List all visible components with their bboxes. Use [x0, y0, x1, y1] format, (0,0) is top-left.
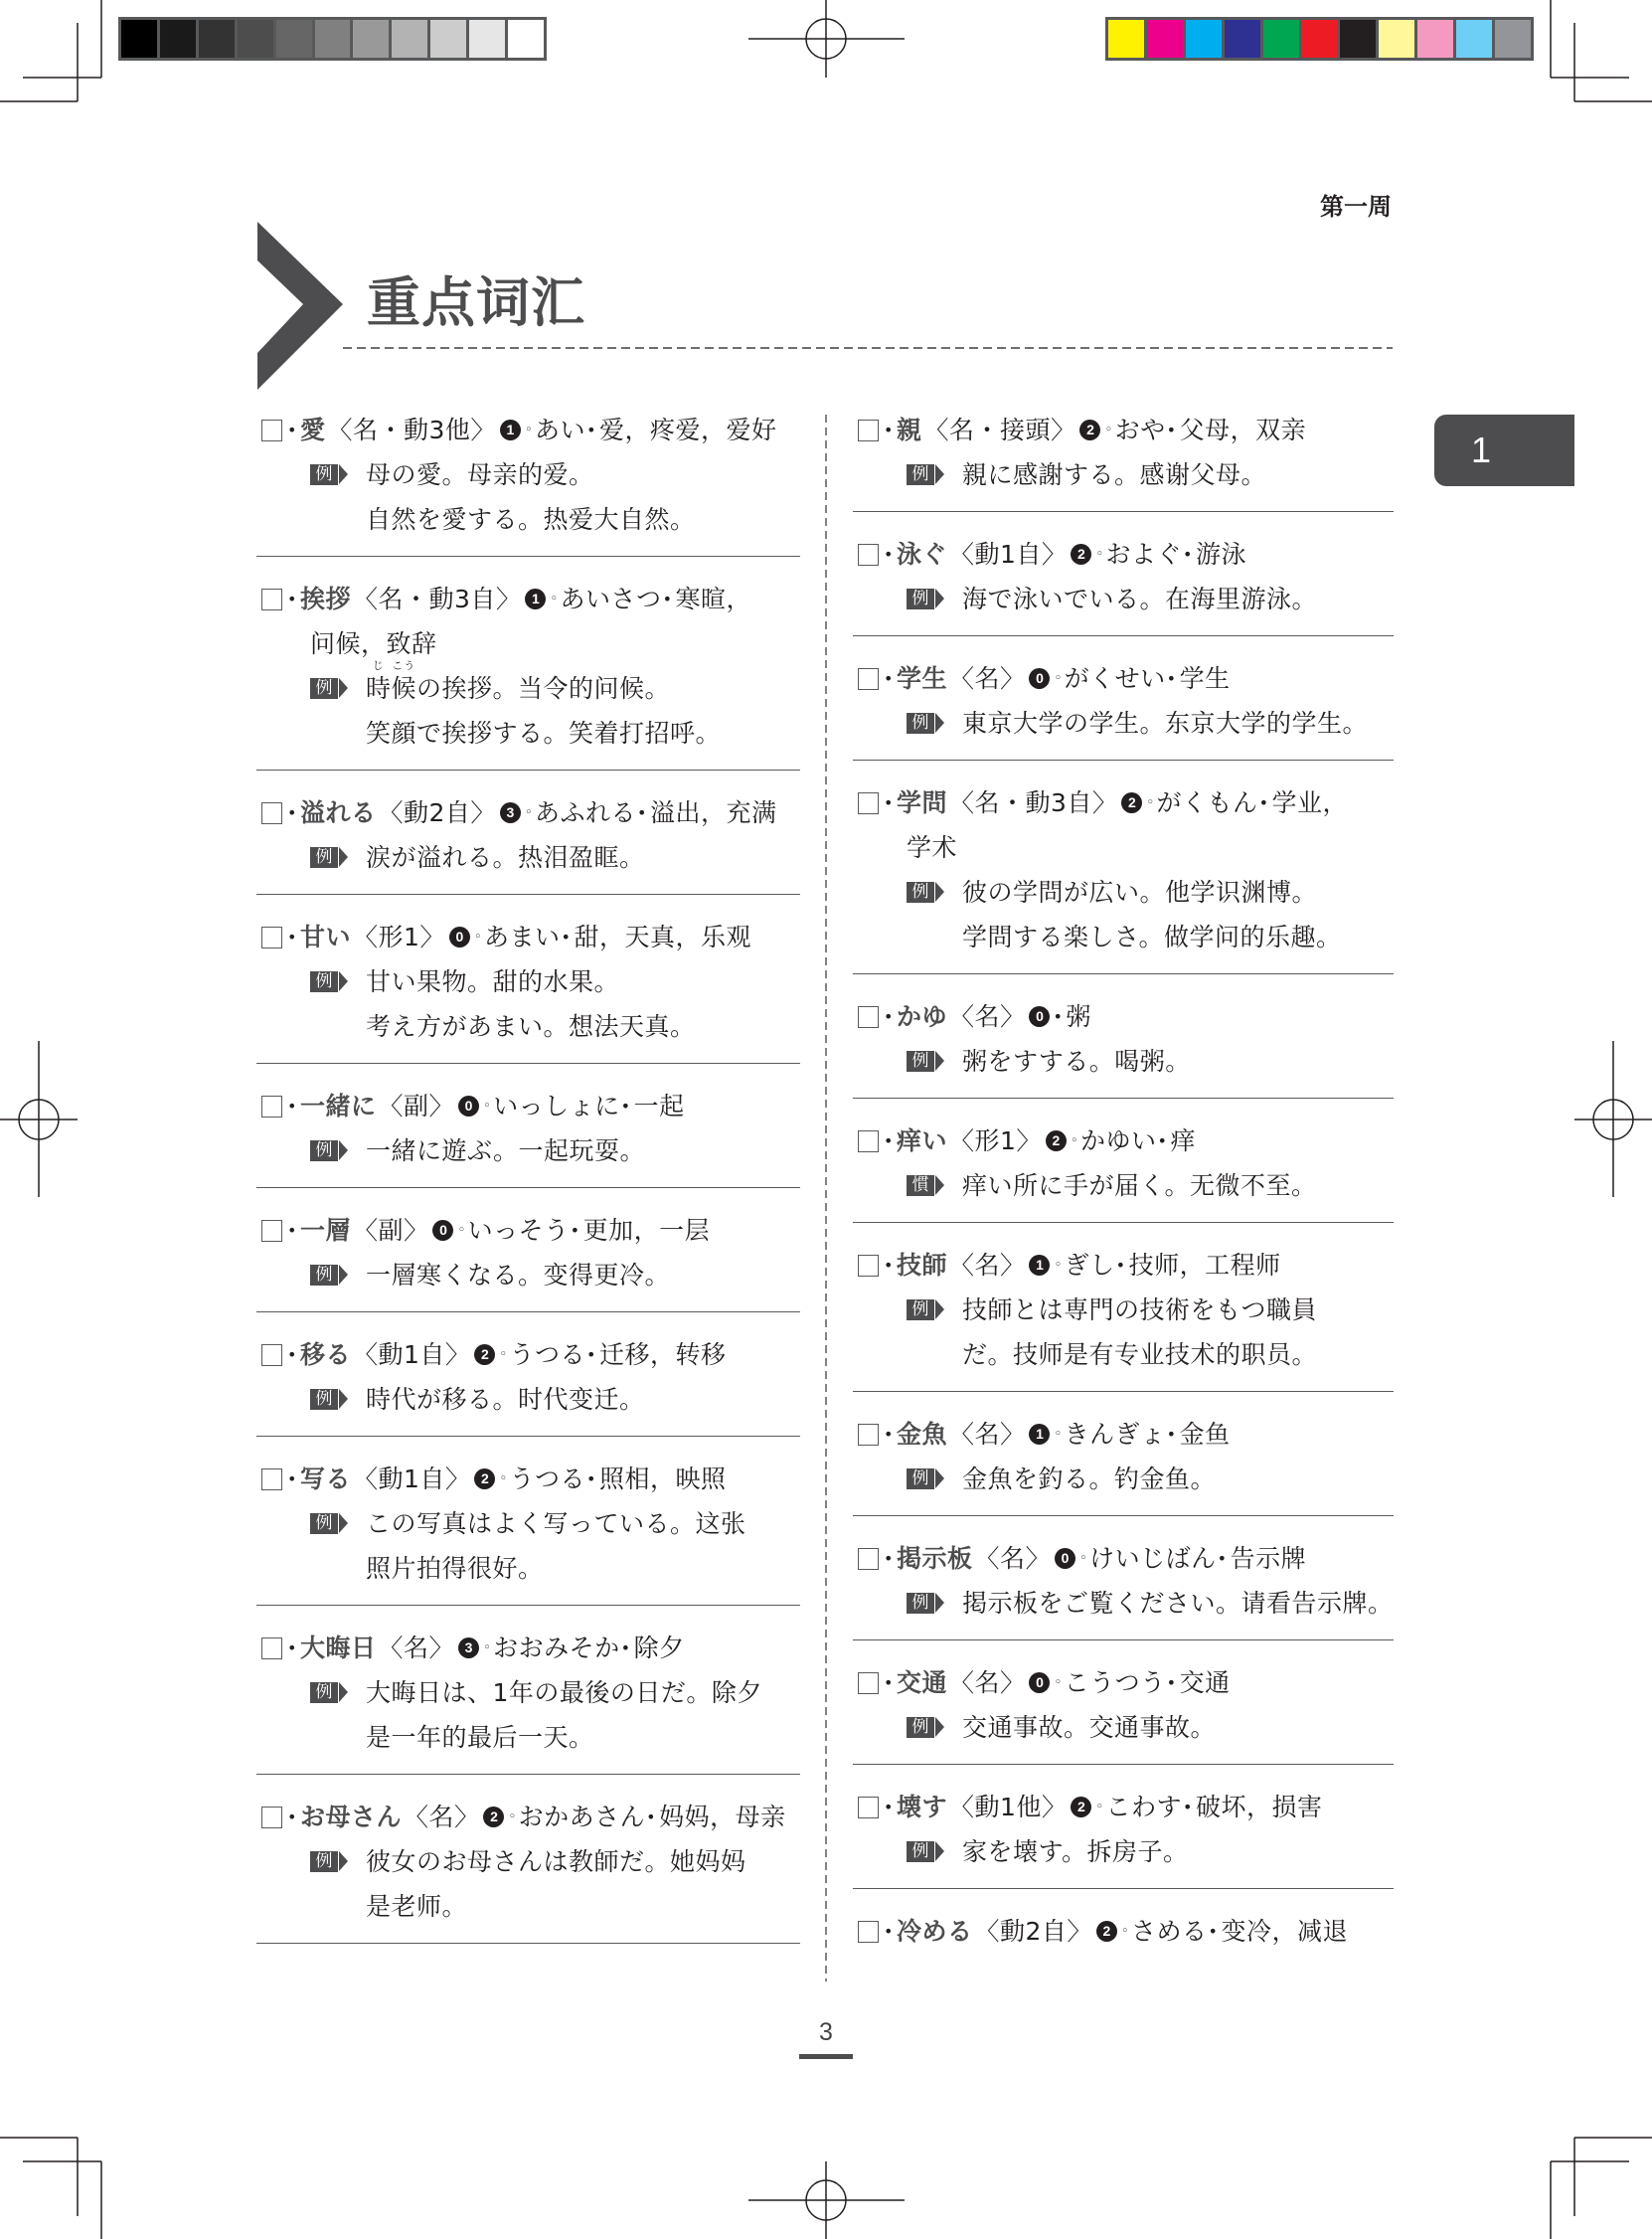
color-swatch [469, 20, 505, 58]
ruby-annotated-text: こう候 [392, 676, 417, 701]
color-swatch [508, 20, 544, 58]
example-text: 時代が移る。时代变迁。 [366, 1385, 645, 1414]
bullet-separator: • [884, 994, 894, 1039]
reading-kana: がくもん [1157, 780, 1258, 825]
reading-separator: ◦ [483, 1084, 491, 1128]
page-number-underline [799, 2054, 853, 2059]
entry-headline: •甘い〈形1〉0◦あまい•甜，天真，乐观 [256, 915, 800, 959]
accent-number-badge: 2 [1079, 420, 1100, 440]
example-line: 例一緒に遊ぶ。一起玩耍。 [256, 1128, 800, 1173]
example-label-badge: 例 [310, 464, 338, 485]
example-label-badge: 例 [310, 971, 338, 992]
vocab-entry: •写る〈動1自〉2◦うつる•照相，映照例この写真はよく写っている。这张照片拍得很… [256, 1437, 800, 1606]
reading-kana: おや [1115, 408, 1166, 452]
reading-separator: ◦ [483, 1626, 491, 1670]
example-line: 例海で泳いでいる。在海里游泳。 [853, 577, 1394, 621]
reading-kana: ぎし [1065, 1243, 1115, 1288]
part-of-speech: 〈名〉 [949, 656, 1026, 701]
meaning: 游泳 [1196, 532, 1246, 577]
reading-separator: ◦ [525, 408, 533, 452]
meaning: 妈妈，母亲 [659, 1795, 786, 1839]
entry-headline: •金魚〈名〉1◦きんぎょ•金鱼 [853, 1412, 1394, 1457]
example-line: 考え方があまい。想法天真。 [256, 1004, 800, 1049]
registration-mark-top [748, 0, 905, 78]
headword: 甘い [300, 915, 351, 959]
reading-kana: かゆい [1080, 1119, 1157, 1163]
reading-kana: けいじばん [1089, 1536, 1217, 1581]
example-text: 彼女のお母さんは教師だ。她妈妈 [366, 1847, 746, 1876]
example-text: 東京大学の学生。东京大学的学生。 [962, 709, 1368, 738]
bullet-separator: • [1183, 1785, 1193, 1829]
bullet-separator: • [884, 780, 894, 825]
bullet-separator: • [621, 1084, 631, 1128]
example-label-badge: 例 [907, 589, 934, 609]
checkbox-icon [858, 792, 879, 814]
accent-number-badge: 3 [458, 1637, 479, 1658]
bullet-separator: • [884, 1119, 894, 1163]
registration-mark-bottom [748, 2161, 905, 2239]
entry-headline: •かゆ〈名〉0•粥 [853, 994, 1394, 1039]
vocab-entry: •学生〈名〉0◦がくせい•学生例東京大学の学生。东京大学的学生。 [853, 636, 1394, 761]
registration-mark-left [0, 1041, 78, 1197]
example-line: 例この写真はよく写っている。这张 [256, 1501, 800, 1546]
bullet-separator: • [646, 1795, 656, 1839]
bullet-separator: • [571, 1208, 580, 1253]
example-line: 例親に感謝する。感谢父母。 [853, 452, 1394, 497]
accent-number-badge: 2 [474, 1344, 495, 1365]
bullet-separator: • [586, 408, 596, 452]
reading-kana: うつる [510, 1457, 586, 1501]
color-calibration-bar [1105, 17, 1534, 61]
example-text: 照片拍得很好。 [366, 1554, 544, 1583]
accent-number-badge: 1 [1029, 1255, 1050, 1276]
reading-separator: ◦ [474, 915, 482, 959]
meaning: 告示牌 [1231, 1536, 1307, 1581]
part-of-speech: 〈名・接頭〉 [923, 408, 1075, 452]
bullet-separator: • [884, 532, 894, 577]
part-of-speech: 〈動1自〉 [353, 1457, 470, 1501]
color-swatch [1302, 20, 1338, 58]
reading-kana: こわす [1106, 1785, 1183, 1829]
bullet-separator: • [621, 1626, 631, 1670]
checkbox-icon [261, 1807, 282, 1828]
entry-headline: •学生〈名〉0◦がくせい•学生 [853, 656, 1394, 701]
meaning: 除夕 [634, 1626, 685, 1670]
entry-headline: •泳ぐ〈動1自〉2◦およぐ•游泳 [853, 532, 1394, 577]
reading-separator: ◦ [1121, 1909, 1129, 1954]
checkbox-icon [858, 1006, 879, 1028]
reading-separator: ◦ [1054, 1660, 1062, 1705]
checkbox-icon [261, 927, 282, 948]
crop-mark-top-right [1551, 0, 1652, 101]
color-swatch [430, 20, 466, 58]
bullet-separator: • [1158, 1119, 1168, 1163]
entry-headline: •壊す〈動1他〉2◦こわす•破坏，损害 [853, 1785, 1394, 1829]
headword: 掲示板 [897, 1536, 973, 1581]
example-line: 例一層寒くなる。变得更冷。 [256, 1253, 800, 1297]
color-swatch [315, 20, 351, 58]
accent-number-badge: 0 [458, 1096, 479, 1117]
bullet-separator: • [884, 408, 894, 452]
part-of-speech: 〈名・動3他〉 [327, 408, 495, 452]
color-swatch [1340, 20, 1376, 58]
example-line: 照片拍得很好。 [256, 1546, 800, 1591]
entry-headline: •溢れる〈動2自〉3◦あふれる•溢出，充满 [256, 790, 800, 835]
entry-headline: •冷める〈動2自〉2◦さめる•变冷，减退 [853, 1909, 1394, 1954]
color-swatch [1263, 20, 1299, 58]
example-line: 例甘い果物。甜的水果。 [256, 959, 800, 1004]
entry-headline: •学問〈名・動3自〉2◦がくもん•学业， [853, 780, 1394, 825]
vocab-entry: •移る〈動1自〉2◦うつる•迁移，转移例時代が移る。时代变迁。 [256, 1312, 800, 1437]
example-text: 粥をすする。喝粥。 [962, 1047, 1191, 1076]
example-label-badge: 例 [310, 1513, 338, 1534]
example-label-badge: 例 [907, 1468, 934, 1489]
example-text: 母の愛。母亲的爱。 [366, 460, 594, 489]
meaning: 破坏，损害 [1196, 1785, 1323, 1829]
vocab-entry: •溢れる〈動2自〉3◦あふれる•溢出，充满例涙が溢れる。热泪盈眶。 [256, 771, 800, 895]
vocab-entry: •挨拶〈名・動3自〉1◦あいさつ•寒暄，问候，致辞例じ時こう候の挨拶。当令的问候… [256, 557, 800, 771]
headword: 壊す [897, 1785, 947, 1829]
bullet-separator: • [1183, 532, 1193, 577]
example-line: 例金魚を釣る。钓金鱼。 [853, 1457, 1394, 1501]
meaning: 照相，映照 [599, 1457, 727, 1501]
accent-number-badge: 2 [1121, 792, 1142, 813]
bullet-separator: • [287, 577, 297, 621]
ruby-reading: こう [388, 660, 421, 672]
color-swatch [1495, 20, 1531, 58]
bullet-separator: • [884, 1536, 894, 1581]
example-text: 是一年的最后一天。 [366, 1723, 594, 1752]
reading-kana: おおみそか [493, 1626, 620, 1670]
reading-separator: ◦ [1054, 656, 1062, 701]
part-of-speech: 〈名〉 [974, 1536, 1051, 1581]
part-of-speech: 〈名・動3自〉 [949, 780, 1117, 825]
headword: 技師 [897, 1243, 947, 1288]
example-line: 例涙が溢れる。热泪盈眶。 [256, 835, 800, 880]
example-label-badge: 例 [907, 1593, 934, 1614]
grayscale-calibration-bar [118, 17, 547, 61]
accent-number-badge: 2 [1096, 1921, 1117, 1942]
headword: お母さん [300, 1795, 402, 1839]
accent-number-badge: 3 [500, 802, 521, 823]
meaning: 父母，双亲 [1180, 408, 1307, 452]
bullet-separator: • [1053, 994, 1063, 1039]
bullet-separator: • [884, 656, 894, 701]
accent-number-badge: 0 [1029, 1672, 1050, 1693]
section-title: 重点词汇 [367, 273, 585, 333]
example-text: 自然を愛する。热爱大自然。 [366, 505, 696, 534]
bullet-separator: • [1259, 780, 1269, 825]
entry-headline: •一層〈副〉0◦いっそう•更加，一层 [256, 1208, 800, 1253]
headword: 挨拶 [300, 577, 351, 621]
column-dashed-divider [825, 415, 827, 1981]
entry-headline: •一緒に〈副〉0◦いっしょに•一起 [256, 1084, 800, 1128]
part-of-speech: 〈名・動3自〉 [353, 577, 521, 621]
reading-kana: およぐ [1106, 532, 1183, 577]
checkbox-icon [261, 1344, 282, 1366]
bullet-separator: • [1116, 1243, 1126, 1288]
bullet-separator: • [287, 1795, 297, 1839]
example-line: 例母の愛。母亲的爱。 [256, 452, 800, 497]
vocab-entry: •一層〈副〉0◦いっそう•更加，一层例一層寒くなる。变得更冷。 [256, 1188, 800, 1312]
example-line: 例掲示板をご覧ください。请看告示牌。 [853, 1581, 1394, 1626]
entry-headline: •大晦日〈名〉3◦おおみそか•除夕 [256, 1626, 800, 1670]
chapter-tab-label: 1 [1471, 430, 1491, 470]
vocab-column-left: •愛〈名・動3他〉1◦あい•爱，疼爱，爱好例母の愛。母亲的爱。自然を愛する。热爱… [256, 388, 800, 1944]
vocab-entry: •愛〈名・動3他〉1◦あい•爱，疼爱，爱好例母の愛。母亲的爱。自然を愛する。热爱… [256, 388, 800, 557]
headword: 学問 [897, 780, 947, 825]
vocab-entry: •かゆ〈名〉0•粥例粥をすする。喝粥。 [853, 974, 1394, 1099]
part-of-speech: 〈動1自〉 [949, 532, 1067, 577]
entry-headline: •挨拶〈名・動3自〉1◦あいさつ•寒暄， [256, 577, 800, 621]
example-label-badge: 例 [907, 882, 934, 903]
ruby-base-text: 候 [392, 674, 417, 703]
example-text: 技師とは専門の技術をもつ職員 [962, 1295, 1317, 1324]
entry-headline: •お母さん〈名〉2◦おかあさん•妈妈，母亲 [256, 1795, 800, 1839]
reading-kana: あふれる [535, 790, 636, 835]
reading-separator: ◦ [508, 1795, 516, 1839]
bullet-separator: • [663, 577, 673, 621]
part-of-speech: 〈名〉 [949, 1243, 1026, 1288]
example-text: 考え方があまい。想法天真。 [366, 1012, 696, 1041]
meaning: 一起 [634, 1084, 685, 1128]
color-swatch [199, 20, 235, 58]
meaning: 爱，疼爱，爱好 [599, 408, 777, 452]
accent-number-badge: 0 [1029, 668, 1050, 689]
ruby-base-text: 時 [366, 674, 392, 703]
color-swatch [276, 20, 312, 58]
example-text: だ。技师是有专业技术的职员。 [962, 1340, 1317, 1369]
meaning: 学业， [1272, 780, 1349, 825]
vocab-entry: •大晦日〈名〉3◦おおみそか•除夕例大晦日は、1年の最後の日だ。除夕是一年的最后… [256, 1606, 800, 1775]
meaning: 技师，工程师 [1129, 1243, 1281, 1288]
reading-kana: がくせい [1065, 656, 1166, 701]
checkbox-icon [261, 1637, 282, 1659]
checkbox-icon [858, 1255, 879, 1277]
color-swatch [353, 20, 389, 58]
title-dashed-divider [343, 347, 1393, 349]
example-text: 交通事故。交通事故。 [962, 1713, 1216, 1742]
meaning: 甜，天真，乐观 [574, 915, 751, 959]
accent-number-badge: 2 [1071, 544, 1091, 565]
week-label: 第一周 [1320, 192, 1392, 222]
headword: 一層 [300, 1208, 351, 1253]
example-line: 例彼の学問が広い。他学识渊博。 [853, 870, 1394, 915]
reading-separator: ◦ [1054, 1243, 1062, 1288]
headword: かゆ [897, 994, 947, 1039]
headword: 親 [897, 408, 922, 452]
accent-number-badge: 1 [500, 420, 521, 440]
headword: 溢れる [300, 790, 377, 835]
vocab-entry: •痒い〈形1〉2◦かゆい•痒慣痒い所に手が届く。无微不至。 [853, 1099, 1394, 1223]
checkbox-icon [261, 420, 282, 441]
example-label-badge: 例 [907, 1051, 934, 1072]
headword: 移る [300, 1332, 351, 1377]
vocab-entry: •甘い〈形1〉0◦あまい•甜，天真，乐观例甘い果物。甜的水果。考え方があまい。想… [256, 895, 800, 1064]
example-text: 大晦日は、1年の最後の日だ。除夕 [366, 1678, 762, 1707]
vocab-entry: •壊す〈動1他〉2◦こわす•破坏，损害例家を壊す。拆房子。 [853, 1765, 1394, 1889]
reading-kana: いっそう [468, 1208, 570, 1253]
example-text: 親に感謝する。感谢父母。 [962, 460, 1266, 489]
color-swatch [238, 20, 273, 58]
bullet-separator: • [1167, 656, 1177, 701]
example-line: 是一年的最后一天。 [256, 1715, 800, 1760]
bullet-separator: • [287, 408, 297, 452]
example-label-badge: 例 [310, 1851, 338, 1872]
crop-mark-bottom-right [1551, 2138, 1652, 2239]
headword: 写る [300, 1457, 351, 1501]
meaning-continuation: 学术 [853, 825, 1394, 870]
accent-number-badge: 2 [1046, 1130, 1067, 1151]
checkbox-icon [261, 1096, 282, 1118]
reading-separator: ◦ [499, 1332, 507, 1377]
headword: 大晦日 [300, 1626, 377, 1670]
color-swatch [1379, 20, 1414, 58]
accent-number-badge: 2 [474, 1468, 495, 1489]
bullet-separator: • [1167, 408, 1177, 452]
page-number: 3 [801, 2017, 851, 2047]
meaning: 交通 [1180, 1660, 1231, 1705]
accent-number-badge: 0 [1029, 1006, 1050, 1027]
headword: 痒い [897, 1119, 947, 1163]
accent-number-badge: 0 [449, 927, 470, 947]
checkbox-icon [858, 1424, 879, 1446]
meaning: 更加，一层 [583, 1208, 711, 1253]
example-label-badge: 例 [310, 678, 338, 699]
example-line: 例家を壊す。拆房子。 [853, 1829, 1394, 1874]
color-swatch [1417, 20, 1453, 58]
example-label-badge: 例 [907, 713, 934, 734]
reading-kana: おかあさん [519, 1795, 646, 1839]
chapter-tab: 1 [1434, 415, 1574, 486]
reading-separator: ◦ [525, 790, 533, 835]
color-swatch [1225, 20, 1260, 58]
example-label-badge: 例 [907, 1717, 934, 1738]
checkbox-icon [858, 1672, 879, 1694]
checkbox-icon [858, 1548, 879, 1570]
color-swatch [160, 20, 196, 58]
accent-number-badge: 0 [1055, 1548, 1075, 1569]
part-of-speech: 〈動2自〉 [974, 1909, 1091, 1954]
example-label-badge: 例 [907, 1841, 934, 1862]
bullet-separator: • [287, 1332, 297, 1377]
vocab-column-right: •親〈名・接頭〉2◦おや•父母，双亲例親に感謝する。感谢父母。•泳ぐ〈動1自〉2… [853, 388, 1394, 1968]
vocab-entry: •泳ぐ〈動1自〉2◦およぐ•游泳例海で泳いでいる。在海里游泳。 [853, 512, 1394, 636]
bullet-separator: • [884, 1412, 894, 1457]
example-label-badge: 例 [907, 464, 934, 485]
part-of-speech: 〈副〉 [378, 1084, 454, 1128]
reading-separator: ◦ [1146, 780, 1154, 825]
headword: 冷める [897, 1909, 973, 1954]
example-text: 一層寒くなる。变得更冷。 [366, 1261, 670, 1290]
part-of-speech: 〈動1他〉 [949, 1785, 1067, 1829]
example-line: 例技師とは専門の技術をもつ職員 [853, 1288, 1394, 1332]
example-line: 是老师。 [256, 1884, 800, 1929]
color-swatch [1186, 20, 1222, 58]
bullet-separator: • [884, 1660, 894, 1705]
vocab-entry: •学問〈名・動3自〉2◦がくもん•学业，学术例彼の学問が広い。他学识渊博。学問す… [853, 761, 1394, 974]
example-text: 彼の学問が広い。他学识渊博。 [962, 878, 1317, 907]
vocab-entry: •冷める〈動2自〉2◦さめる•变冷，减退 [853, 1889, 1394, 1968]
example-line: 例時代が移る。时代变迁。 [256, 1377, 800, 1422]
bullet-separator: • [884, 1243, 894, 1288]
vocab-entry: •掲示板〈名〉0◦けいじばん•告示牌例掲示板をご覧ください。请看告示牌。 [853, 1516, 1394, 1640]
bullet-separator: • [637, 790, 647, 835]
reading-separator: ◦ [1071, 1119, 1078, 1163]
vocab-entry: •技師〈名〉1◦ぎし•技师，工程师例技師とは専門の技術をもつ職員だ。技师是有专业… [853, 1223, 1394, 1392]
example-text: 海で泳いでいる。在海里游泳。 [962, 585, 1317, 613]
reading-separator: ◦ [1095, 532, 1103, 577]
meaning: 金鱼 [1180, 1412, 1231, 1457]
bullet-separator: • [586, 1332, 596, 1377]
headword: 学生 [897, 656, 947, 701]
example-line: 例じ時こう候の挨拶。当令的问候。 [256, 666, 800, 711]
meaning: 粥 [1066, 994, 1091, 1039]
example-text: 是老师。 [366, 1892, 467, 1921]
vocab-entry: •お母さん〈名〉2◦おかあさん•妈妈，母亲例彼女のお母さんは教師だ。她妈妈是老师… [256, 1775, 800, 1944]
example-line: 学問する楽しさ。做学问的乐趣。 [853, 915, 1394, 959]
checkbox-icon [858, 668, 879, 690]
headword: 金魚 [897, 1412, 947, 1457]
example-line: 例彼女のお母さんは教師だ。她妈妈 [256, 1839, 800, 1884]
example-line: 例東京大学の学生。东京大学的学生。 [853, 701, 1394, 746]
example-text: この写真はよく写っている。这张 [366, 1509, 746, 1538]
meaning: 痒 [1170, 1119, 1196, 1163]
example-label-badge: 例 [310, 847, 338, 868]
example-line: 例交通事故。交通事故。 [853, 1705, 1394, 1750]
ruby-annotated-text: じ時 [366, 676, 392, 701]
entry-headline: •技師〈名〉1◦ぎし•技师，工程师 [853, 1243, 1394, 1288]
example-line: 例粥をすする。喝粥。 [853, 1039, 1394, 1084]
color-swatch [1108, 20, 1144, 58]
reading-separator: ◦ [1054, 1412, 1062, 1457]
entry-headline: •移る〈動1自〉2◦うつる•迁移，转移 [256, 1332, 800, 1377]
bullet-separator: • [1209, 1909, 1219, 1954]
example-label-badge: 例 [907, 1299, 934, 1320]
entry-headline: •痒い〈形1〉2◦かゆい•痒 [853, 1119, 1394, 1163]
bullet-separator: • [884, 1909, 894, 1954]
bullet-separator: • [287, 1457, 297, 1501]
reading-separator: ◦ [457, 1208, 465, 1253]
accent-number-badge: 1 [1029, 1424, 1050, 1445]
example-line: 笑顔で挨拶する。笑着打招呼。 [256, 711, 800, 756]
chevron-icon [257, 222, 343, 390]
meaning-continuation: 问候，致辞 [256, 621, 800, 666]
reading-kana: あいさつ [561, 577, 662, 621]
part-of-speech: 〈名〉 [404, 1795, 480, 1839]
vocab-entry: •交通〈名〉0◦こうつう•交通例交通事故。交通事故。 [853, 1640, 1394, 1765]
reading-kana: あい [535, 408, 585, 452]
part-of-speech: 〈名〉 [378, 1626, 454, 1670]
meaning: 迁移，转移 [599, 1332, 727, 1377]
meaning: 寒暄， [676, 577, 752, 621]
reading-kana: いっしょに [493, 1084, 620, 1128]
example-text: 金魚を釣る。钓金鱼。 [962, 1464, 1216, 1493]
example-label-badge: 例 [310, 1682, 338, 1703]
reading-separator: ◦ [550, 577, 558, 621]
reading-separator: ◦ [1095, 1785, 1103, 1829]
registration-mark-right [1574, 1041, 1652, 1197]
example-text: 一緒に遊ぶ。一起玩耍。 [366, 1136, 645, 1165]
checkbox-icon [858, 1921, 879, 1943]
bullet-separator: • [287, 1084, 297, 1128]
example-text: 痒い所に手が届く。无微不至。 [962, 1171, 1317, 1200]
bullet-separator: • [287, 1208, 297, 1253]
example-text: 掲示板をご覧ください。请看告示牌。 [962, 1589, 1394, 1618]
checkbox-icon [858, 1797, 879, 1818]
color-swatch [392, 20, 427, 58]
part-of-speech: 〈名〉 [949, 994, 1026, 1039]
